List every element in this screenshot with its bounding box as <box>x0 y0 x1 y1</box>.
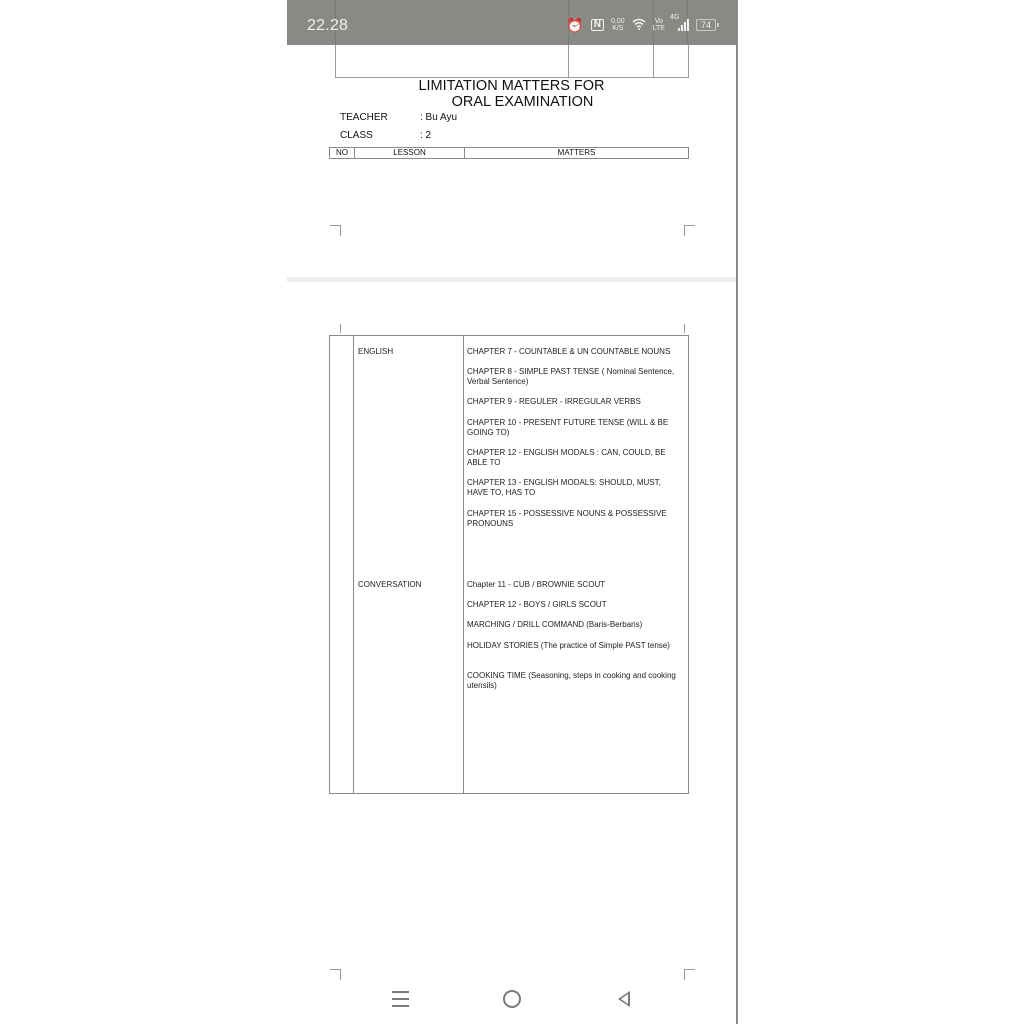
status-bar: 22.28 ⏰ N 0,00 K/S Vo LTE 4G 74 <box>287 0 736 45</box>
nfc-icon: N <box>591 19 604 31</box>
matter-item: CHAPTER 13 - ENGLISH MODALS: SHOULD, MUS… <box>467 478 682 498</box>
header-no: NO <box>330 148 354 158</box>
matter-item: CHAPTER 10 - PRESENT FUTURE TENSE (WILL … <box>467 418 682 438</box>
teacher-value: : Bu Ayu <box>420 112 457 123</box>
class-label: CLASS <box>340 130 373 141</box>
4g-signal-icon: 4G <box>672 19 689 31</box>
header-matters: MATTERS <box>465 148 688 158</box>
title-line-1: LIMITATION MATTERS FOR <box>287 78 736 94</box>
home-button[interactable] <box>497 987 527 1011</box>
matters-table: ENGLISH CHAPTER 7 - COUNTABLE & UN COUNT… <box>329 335 689 794</box>
page-corner-mark <box>330 324 341 333</box>
network-type: 4G <box>670 14 679 21</box>
matter-item: MARCHING / DRILL COMMAND (Baris-Berbaris… <box>467 620 682 630</box>
matter-item: CHAPTER 8 - SIMPLE PAST TENSE ( Nominal … <box>467 367 682 387</box>
clock: 22.28 <box>307 17 348 35</box>
screen-edge <box>736 0 738 1024</box>
back-button[interactable] <box>609 987 639 1011</box>
battery-icon: 74 <box>696 19 716 31</box>
title-line-2: ORAL EXAMINATION <box>309 94 736 110</box>
teacher-label: TEACHER <box>340 112 388 123</box>
class-value: : 2 <box>420 130 431 141</box>
recent-apps-button[interactable] <box>385 987 415 1011</box>
phone-screen: LIMITATION MATTERS FOR ORAL EXAMINATION … <box>287 0 736 1024</box>
network-speed-unit: K/S <box>612 25 623 32</box>
matter-item: CHAPTER 12 - BOYS / GIRLS SCOUT <box>467 600 682 610</box>
volte-top: Vo <box>655 18 663 25</box>
header-lesson: LESSON <box>355 148 464 158</box>
volte-icon: Vo LTE <box>653 18 665 32</box>
lesson-english: ENGLISH <box>358 347 393 356</box>
matter-item: CHAPTER 9 - REGULER - IRREGULAR VERBS <box>467 397 682 407</box>
lesson-conversation: CONVERSATION <box>358 580 421 589</box>
matter-item: COOKING TIME (Seasoning, steps in cookin… <box>467 671 682 691</box>
wifi-icon <box>632 18 646 32</box>
status-icons: ⏰ N 0,00 K/S Vo LTE 4G 74 <box>566 18 716 32</box>
alarm-icon: ⏰ <box>566 18 583 32</box>
page-corner-mark <box>684 324 695 333</box>
navigation-bar <box>287 975 736 1024</box>
matter-item: Chapter 11 - CUB / BROWNIE SCOUT <box>467 580 682 590</box>
document-title: LIMITATION MATTERS FOR ORAL EXAMINATION <box>287 78 736 110</box>
volte-bottom: LTE <box>653 25 665 32</box>
network-speed-value: 0,00 <box>611 18 625 25</box>
table-header: NO LESSON MATTERS <box>329 147 689 159</box>
back-triangle-icon <box>618 991 630 1007</box>
matter-item: CHAPTER 12 - ENGLISH MODALS : CAN, COULD… <box>467 448 682 468</box>
matter-item: CHAPTER 7 - COUNTABLE & UN COUNTABLE NOU… <box>467 347 682 357</box>
page-corner-mark <box>684 225 695 236</box>
page-separator <box>287 277 736 282</box>
matter-item: HOLIDAY STORIES (The practice of Simple … <box>467 641 682 651</box>
matter-item: CHAPTER 15 - POSSESSIVE NOUNS & POSSESSI… <box>467 509 682 529</box>
network-speed-icon: 0,00 K/S <box>611 18 625 32</box>
page-corner-mark <box>330 225 341 236</box>
menu-icon <box>392 991 409 993</box>
home-circle-icon <box>503 990 521 1008</box>
